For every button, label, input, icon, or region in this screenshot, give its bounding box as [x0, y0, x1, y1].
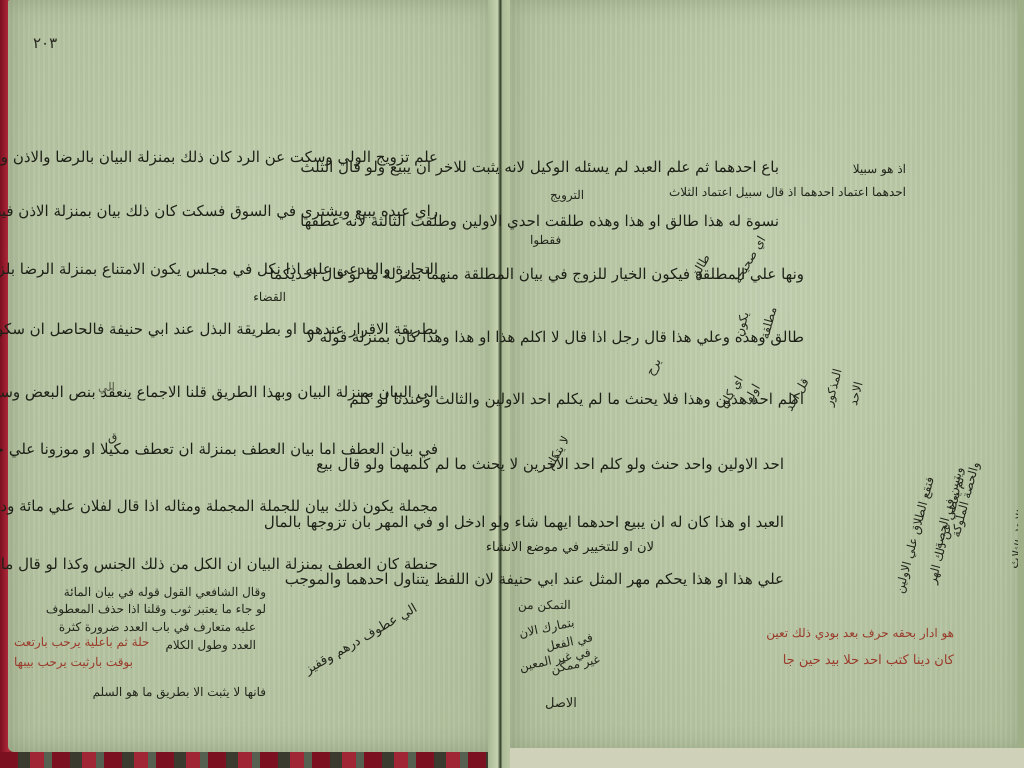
main-text-line: علي هذا او هذا يحكم مهر المثل عند ابي حن…	[285, 570, 784, 588]
margin-note: وقال الشافعي القول قوله في بيان المائة	[64, 585, 266, 599]
margin-note: عليه متعارف في باب العدد ضرورة كثرة	[59, 620, 256, 634]
binding-cover-bottom	[0, 752, 520, 768]
folio-number: ٢٠٣	[33, 34, 57, 52]
book-gutter	[488, 0, 512, 768]
gloss-note: المذكور	[821, 367, 844, 407]
red-margin-note: كان دينا كتب احد حلا بيد حين جا	[783, 653, 954, 668]
gloss-note: فقطوا	[530, 233, 561, 247]
bottom-note: التمكن من	[518, 598, 571, 612]
top-marginal-note: اذ هو سبيلا	[853, 162, 906, 176]
top-marginal-note: احدهما اعتماد احدهما اذ قال سبيل اعتماد …	[669, 185, 906, 199]
margin-note: فانها لا يثبت الا بطريق ما هو السلم	[93, 685, 266, 699]
gloss-note: الترويج	[550, 188, 584, 202]
red-margin-note: هو ادار بحقه حرف بعد بودي ذلك تعين	[766, 626, 954, 640]
catchword: الاصل	[545, 696, 577, 711]
main-text-line: لان او للتخيير في موضع الانشاء	[486, 540, 654, 555]
main-text-line: ونها علي المطلقة فيكون الخيار للزوج في ب…	[270, 265, 804, 283]
gloss-note: الاحد	[846, 380, 866, 407]
main-text-line: نسوة له هذا طالق او هذا وهذه طلقت احدي ا…	[300, 212, 779, 230]
main-text-line: باع احدهما ثم علم العبد لم يسئله الوكيل …	[300, 158, 779, 176]
side-mark: الي	[98, 380, 115, 394]
main-text-line: طالق وهذه وعلي هذا قال رجل اذا قال لا اك…	[306, 328, 804, 346]
right-page: اذ هو سبيلا احدهما اعتماد احدهما اذ قال …	[510, 0, 1024, 752]
page-bottom-edge	[510, 748, 1024, 768]
gloss-note: يرح	[643, 356, 664, 378]
margin-note: العدد وطول الكلام	[165, 638, 256, 652]
main-text-line: العبد او هذا كان له ان يبيع احدهما ايهما…	[264, 513, 784, 531]
page-edge	[1018, 0, 1024, 768]
side-mark: ق	[108, 430, 117, 444]
margin-note: لو جاء ما يعتبر ثوب وقلنا اذا حذف المعطو…	[46, 602, 266, 616]
interlinear-note: القضاء	[253, 290, 286, 304]
left-page: ٢٠٣ علم تزويج الولي وسكت عن الرد كان ذلك…	[8, 0, 496, 752]
margin-note-diagonal: الي عطوف درهم وقفيز	[302, 601, 420, 678]
red-margin-note: بوقت بارثيت يرحب بيبها	[14, 655, 133, 669]
red-margin-note: حلة ثم باعلية يرحب بارتعت	[14, 635, 149, 649]
